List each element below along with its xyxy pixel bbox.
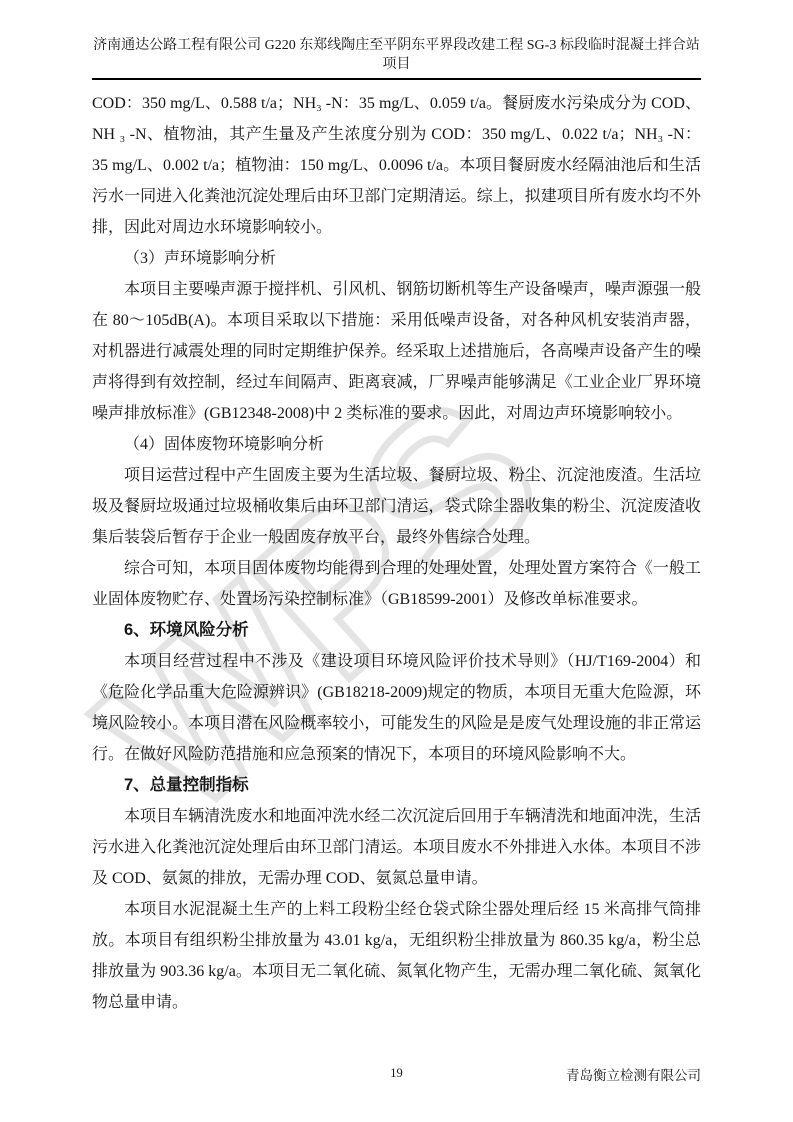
section-heading-total-control: 7、总量控制指标 [92, 770, 701, 801]
page-header: 济南通达公路工程有限公司 G220 东郑线陶庄至平阴东平界段改建工程 SG-3 … [92, 36, 701, 80]
paragraph-wastewater-continuation: COD：350 mg/L、0.588 t/a；NH₃ -N：35 mg/L、0.… [92, 88, 701, 243]
paragraph-environmental-risk: 本项目经营过程中不涉及《建设项目环境风险评价技术导则》（HJ/T169-2004… [92, 646, 701, 770]
document-body: COD：350 mg/L、0.588 t/a；NH₃ -N：35 mg/L、0.… [92, 88, 701, 1018]
paragraph-total-control-water: 本项目车辆清洗废水和地面冲洗水经二次沉淀后回用于车辆清洗和地面冲洗，生活污水进入… [92, 801, 701, 894]
footer-company-name: 青岛衡立检测有限公司 [566, 1064, 701, 1084]
document-page: WPS 济南通达公路工程有限公司 G220 东郑线陶庄至平阴东平界段改建工程 S… [0, 0, 793, 1122]
sub-heading-noise-analysis: （3）声环境影响分析 [92, 243, 701, 274]
paragraph-noise-analysis: 本项目主要噪声源于搅拌机、引风机、钢筋切断机等生产设备噪声，噪声源强一般在 80… [92, 274, 701, 429]
header-line1: 济南通达公路工程有限公司 G220 东郑线陶庄至平阴东平界段改建工程 SG-3 … [92, 36, 701, 55]
header-line2: 项目 [92, 55, 701, 74]
paragraph-total-control-dust: 本项目水泥混凝土生产的上料工段粉尘经仓袋式除尘器处理后经 15 米高排气筒排放。… [92, 894, 701, 1018]
paragraph-solid-waste-conclusion: 综合可知，本项目固体废物均能得到合理的处理处置，处理处置方案符合《一般工业固体废… [92, 553, 701, 615]
sub-heading-solid-waste-analysis: （4）固体废物环境影响分析 [92, 429, 701, 460]
section-heading-environmental-risk: 6、环境风险分析 [92, 615, 701, 646]
paragraph-solid-waste-sources: 项目运营过程中产生固废主要为生活垃圾、餐厨垃圾、粉尘、沉淀池废渣。生活垃圾及餐厨… [92, 460, 701, 553]
